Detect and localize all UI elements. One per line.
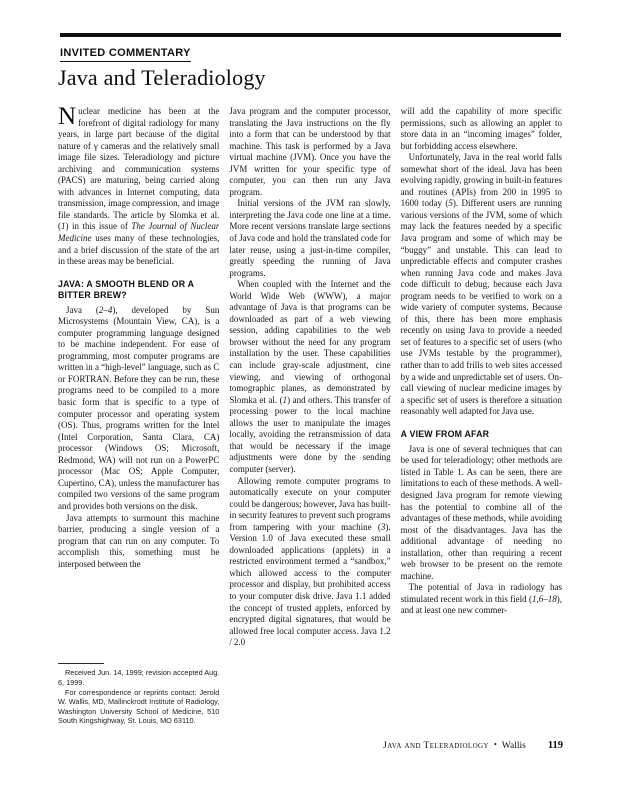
column-2: Java program and the computer processor,… [229,106,390,726]
column-3: will add the capability of more specific… [401,106,562,726]
page-number: 119 [548,740,563,751]
journal-page: INVITED COMMENTARY Java and Teleradiolog… [0,0,620,802]
drop-cap: N [58,106,78,127]
paragraph: Java attempts to surmount this machine b… [58,513,219,571]
article-body: Nuclear medicine has been at the forefro… [58,106,562,726]
footnote-rule [58,663,104,664]
paragraph: Allowing remote computer programs to aut… [229,476,390,649]
footnote-text: For correspondence or reprints contact: … [58,688,219,726]
section-heading: A VIEW FROM AFAR [401,429,562,440]
footnote: Received Jun. 14, 1999; revision accepte… [58,659,219,726]
paragraph: The potential of Java in radiology has s… [401,582,562,617]
footer: Java and Teleradiology•Wallis119 [58,740,563,751]
footer-bullet: • [494,740,497,749]
paragraph: Java is one of several techniques that c… [401,444,562,583]
kicker: INVITED COMMENTARY [60,47,191,62]
running-head: Java and Teleradiology [383,741,489,751]
paragraph: will add the capability of more specific… [401,106,562,152]
column-1: Nuclear medicine has been at the forefro… [58,106,219,726]
paragraph: When coupled with the Internet and the W… [229,279,390,475]
paragraph: Java program and the computer processor,… [229,106,390,198]
paragraph: Initial versions of the JVM ran slowly, … [229,198,390,279]
article-title: Java and Teleradiology [58,65,266,91]
section-heading: JAVA: A SMOOTH BLEND OR A BITTER BREW? [58,279,219,301]
top-rule [60,33,561,37]
lead-paragraph: Nuclear medicine has been at the forefro… [58,106,219,268]
paragraph: Unfortunately, Java in the real world fa… [401,152,562,418]
paragraph: Java (2–4), developed by Sun Microsystem… [58,305,219,513]
footnote-text: Received Jun. 14, 1999; revision accepte… [58,668,219,687]
footer-author: Wallis [502,741,526,751]
